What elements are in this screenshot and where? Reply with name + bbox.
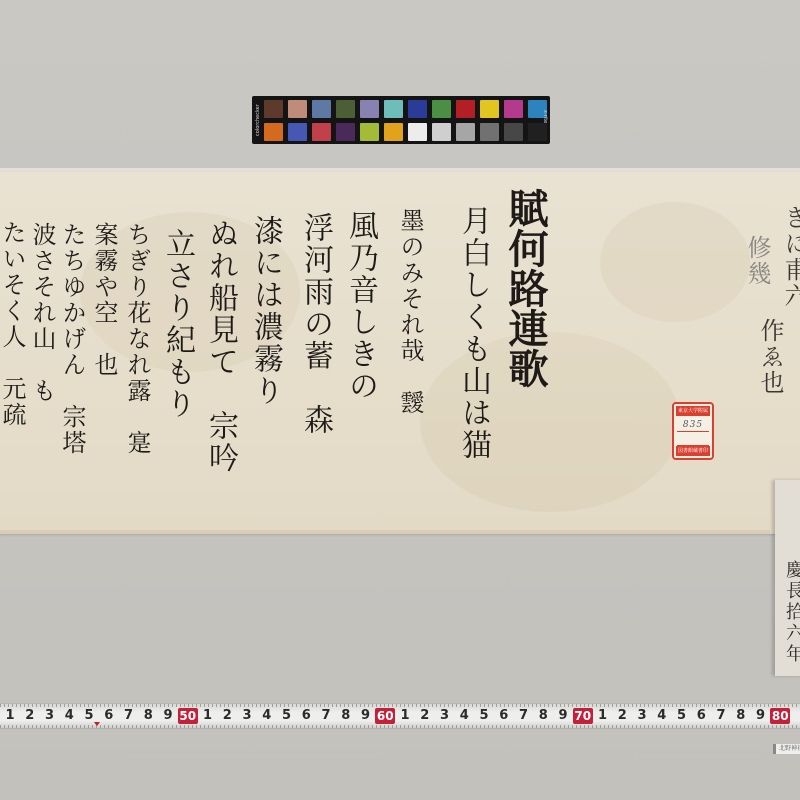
calligraphy-column: 浮河雨の蓄 森 — [300, 212, 330, 436]
calligraphy-column: 風乃音しきの — [345, 210, 375, 402]
color-swatch — [408, 100, 427, 118]
calligraphy-column: ぬれ船見て 宗吟 — [205, 218, 235, 474]
ruler-number: 5 — [82, 708, 96, 723]
ruler-number: 2 — [418, 708, 432, 723]
color-swatch — [336, 100, 355, 118]
color-swatch — [288, 100, 307, 118]
ruler-number: 3 — [438, 708, 452, 723]
ruler-number: 5 — [477, 708, 491, 723]
color-swatch — [288, 123, 307, 141]
ruler-number: 3 — [43, 708, 57, 723]
ruler-number: 2 — [23, 708, 37, 723]
calligraphy-document: 東京大学附属図書館 835 図書館蔵書印 賦何路連歌月白しくも山は猫墨のみそれ哉… — [0, 172, 800, 534]
color-swatch — [336, 123, 355, 141]
ruler-major-label: 70 — [573, 708, 593, 724]
calligraphy-column: ちぎり花なれ露 寔 — [125, 222, 149, 456]
side-annotation-column: 作ゑ也 — [758, 318, 782, 396]
ruler-number: 6 — [299, 708, 313, 723]
ruler-number: 7 — [714, 708, 728, 723]
ruler-major-label: 60 — [375, 708, 395, 724]
calligraphy-column: 墨のみそれ哉 靉 — [398, 208, 422, 416]
color-swatch — [480, 123, 499, 141]
ruler-number: 4 — [655, 708, 669, 723]
corner-caption-tag: 北野神社 — [773, 744, 800, 754]
ruler-number: 8 — [141, 708, 155, 723]
label-footer: 図書館蔵書印 — [676, 446, 710, 456]
color-swatch — [456, 100, 475, 118]
ruler-number: 1 — [3, 708, 17, 723]
color-checker-card: colorchecker x-rite — [252, 96, 550, 144]
ruler-number: 4 — [62, 708, 76, 723]
calligraphy-column: たちゆかげん 宗塔 — [60, 222, 84, 456]
color-swatch — [384, 100, 403, 118]
paper-bottom-edge — [0, 530, 770, 534]
ruler-number: 9 — [754, 708, 768, 723]
side-annotation-column: きに甫六 — [782, 205, 800, 309]
calligraphy-column: 漆には濃霧り — [250, 215, 280, 407]
ruler-number: 2 — [615, 708, 629, 723]
side-slip-text: 慶長拾六年 — [780, 560, 800, 665]
ruler-number: 9 — [161, 708, 175, 723]
calligraphy-column: 賦何路連歌 — [505, 188, 545, 388]
ruler-major-label: 80 — [770, 708, 790, 724]
measuring-ruler: 1234567895012345678960123456789701234567… — [0, 703, 800, 729]
calligraphy-column: 波さそれ山 も — [30, 222, 54, 404]
ruler-number: 4 — [457, 708, 471, 723]
color-swatch — [432, 123, 451, 141]
ruler-number: 1 — [398, 708, 412, 723]
xrite-logo: x-rite — [540, 110, 548, 130]
ruler-number: 7 — [517, 708, 531, 723]
color-swatch — [312, 100, 331, 118]
ruler-number: 8 — [339, 708, 353, 723]
ruler-number: 1 — [596, 708, 610, 723]
ruler-number: 7 — [319, 708, 333, 723]
color-swatch — [456, 123, 475, 141]
ruler-major-label: 50 — [178, 708, 198, 724]
ruler-number: 6 — [102, 708, 116, 723]
color-swatch-grid — [264, 100, 547, 141]
side-annotation-column: 修幾 — [745, 235, 769, 287]
color-swatch — [432, 100, 451, 118]
ruler-number: 5 — [675, 708, 689, 723]
ruler-number: 8 — [536, 708, 550, 723]
calligraphy-column: たいそく人 元疏 — [0, 220, 24, 428]
library-label-sticker: 東京大学附属図書館 835 図書館蔵書印 — [672, 402, 714, 460]
color-swatch — [360, 123, 379, 141]
color-swatch — [264, 123, 283, 141]
ruler-number: 2 — [220, 708, 234, 723]
label-header: 東京大学附属図書館 — [676, 406, 710, 416]
ruler-number: 4 — [260, 708, 274, 723]
calligraphy-column: 立さり紀もり — [162, 228, 192, 420]
calligraphy-column: 案霧や空 也 — [92, 222, 116, 378]
color-swatch — [384, 123, 403, 141]
color-swatch — [264, 100, 283, 118]
color-swatch — [480, 100, 499, 118]
ruler-number: 3 — [240, 708, 254, 723]
color-swatch — [504, 123, 523, 141]
ruler-number: 9 — [556, 708, 570, 723]
paper-stain — [600, 202, 750, 322]
label-catalog-number: 835 — [677, 419, 709, 432]
color-swatch — [360, 100, 379, 118]
ruler-number: 9 — [359, 708, 373, 723]
ruler-number: 3 — [635, 708, 649, 723]
label-blank-field — [677, 433, 709, 446]
ruler-number: 6 — [694, 708, 708, 723]
ruler-number: 8 — [734, 708, 748, 723]
color-checker-brand: colorchecker — [255, 104, 263, 136]
color-swatch — [504, 100, 523, 118]
color-swatch — [312, 123, 331, 141]
color-swatch — [408, 123, 427, 141]
ruler-number: 7 — [122, 708, 136, 723]
calligraphy-column: 月白しくも山は猫 — [458, 205, 488, 461]
ruler-number: 5 — [280, 708, 294, 723]
ruler-number: 1 — [201, 708, 215, 723]
ruler-number: 6 — [497, 708, 511, 723]
